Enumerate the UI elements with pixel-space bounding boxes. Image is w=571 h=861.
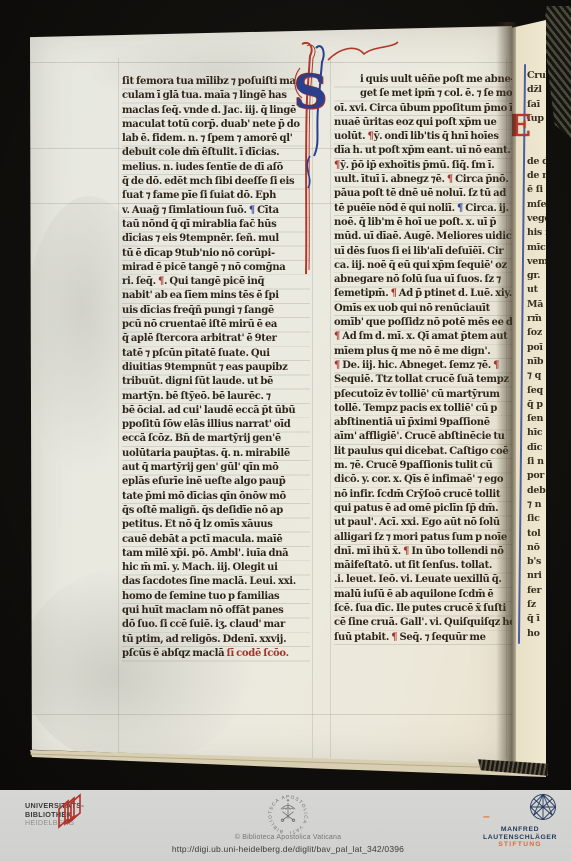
manuscript-text-line: Omīs ex uob qui nō renūciauīt (334, 302, 514, 316)
manuscript-text-line: vegē (527, 212, 546, 226)
manuscript-text-line: q̄s oſtē maligñ. q̄s deſidīe nō ap (122, 504, 310, 518)
manuscript-text-line: tol (527, 527, 546, 541)
ruling-horizontal-line (30, 62, 512, 63)
manuscript-text-line: ut paul'. Acī. xxi. Ego aūt nō ſolū (334, 516, 514, 530)
manuscript-text-line: tam mīlē xp̄i. pō. Ambl'. iuīa dnā (122, 547, 310, 561)
manuscript-text-line: por (527, 469, 546, 483)
manuscript-text-line: hīc (527, 426, 546, 440)
manuscript-text-line: ut (527, 283, 546, 297)
manuscript-text-line: nō infir. ſcdm̄ Crȳſoō crucē tollit (334, 488, 514, 502)
page-edges-bottom (30, 744, 546, 782)
manuscript-text-line: aīm' affligiē'. Crucē abſtinēcie tu (334, 430, 514, 444)
manuscript-text-line: mīem plus q̄ me nō ē me dign'. (334, 345, 514, 359)
manuscript-text-line: ⁊ q (527, 369, 546, 383)
manuscript-text-line: vem (527, 255, 546, 269)
footer-bar: UNIVERSITÄTS- BIBLIOTHEK HEIDELBERG BIBL… (0, 790, 571, 861)
manuscript-text-line: māifeſtatō. ut ſit ſenſus. tollat. (334, 559, 514, 573)
mls-logo: MANFRED LAUTENSCHLÄGER STIFTUNG (472, 826, 568, 849)
mls-dash: – (483, 810, 490, 822)
manuscript-text-line: pſcūs ē abſqz maclā ſī codē ſcōo. (122, 647, 310, 661)
book-headband-texture (543, 6, 571, 138)
manuscript-text-line: ¶ De. iij. hic. Abneget. ſemz ⁊ē. ¶ (334, 359, 514, 373)
manuscript-text-line: ⁊ n (527, 498, 546, 512)
facing-penwork-flourish (518, 64, 526, 644)
manuscript-text-line: .i. leuet. Ieō. vi. Leuate uexillū q̄. (334, 573, 514, 587)
manuscript-text-line: uis dīcias freq̄ñ pungi ⁊ ſangē (122, 304, 310, 318)
manuscript-text-line: tatē ⁊ pſcūn pītatē ſuate. Qui (122, 347, 310, 361)
vatican-seal-icon: BIBLIOTECA APOSTOLICA VATICANA (263, 792, 313, 836)
manuscript-text-line: poī (527, 341, 546, 355)
manuscript-text-line: mīc (527, 241, 546, 255)
manuscript-text-line: ſoz (527, 326, 546, 340)
manuscript-text-line: petitus. Et nō q̄ lz omīs xāuus (122, 518, 310, 532)
mls-globe-icon (526, 793, 560, 825)
seal-emblem (281, 799, 295, 821)
manuscript-text-line: tate p̄mi mō dīcias qīn ōnōw mō (122, 490, 310, 504)
illuminated-initial-s: S (294, 66, 334, 120)
manuscript-text-line: Cruī (527, 69, 546, 83)
manuscript-text-line: eplās eſurīe inē ueſte algo paup̄ (122, 475, 310, 489)
gutter-shadow (496, 22, 516, 770)
manuscript-text-line: gr. (527, 269, 546, 283)
manuscript-text-line: de m (527, 169, 546, 183)
manuscript-text-line: nīb (527, 355, 546, 369)
mls-name-line2: LAUTENSCHLÄGER (472, 834, 568, 842)
manuscript-text-line: q̄ p (527, 398, 546, 412)
manuscript-text-line: martȳn. bē ſtȳeō. bē laurēc. ⁊ (122, 390, 310, 404)
manuscript-text-line: alligari ſz ⁊ mori patus ſum p noīe (334, 531, 514, 545)
manuscript-text-line: uolūtaria paup̄tas. q̄. n. mirabilē (122, 447, 310, 461)
manuscript-text-line: tribuūt. digni ſūt laude. ut bē (122, 375, 310, 389)
manuscript-text-line: eccā ſcōz. Bn̄ de martȳrij gen'ē (122, 432, 310, 446)
manuscript-text-line: qui patus ē ad omē piclīn ſp̄ dm̄. (334, 502, 514, 516)
manuscript-text-line: q̄ ī (527, 612, 546, 626)
manuscript-text-line: m. ⁊ē. Crucē 9paſſionis tulit cū (334, 459, 514, 473)
manuscript-text-line: tollē. Tempz pacis ex tolliē' cū p (334, 402, 514, 416)
manuscript-text-line: dicō. y. cor. x. Qīs ē infimaē' ⁊ ego (334, 473, 514, 487)
manuscript-text-line: ſuū ptabit. ¶ Seq̄. ⁊ ſequūr me (334, 631, 514, 645)
manuscript-text-line: lit paulus qui dicebat. Caſtigo coē (334, 445, 514, 459)
manuscript-text-line: Sequiē. Ttz tollat crucē ſuā tempz (334, 373, 514, 387)
ruling-horizontal-line (30, 714, 512, 715)
manuscript-text-line: ho (527, 627, 546, 641)
manuscript-text-line: ¶ Ad ſm d̄. mī. x. Qī amat p̄tem aut (334, 330, 514, 344)
manuscript-text-line: ppoſitū ſōw elās illius narrat' oīd (122, 418, 310, 432)
manuscript-text-line: ſcē. ſua dīc. Ile putes crucē x̄ ſuſti (334, 602, 514, 616)
manuscript-text-line: ſeq (527, 384, 546, 398)
svg-text:BIBLIOTECA APOSTOLICA VATICANA: BIBLIOTECA APOSTOLICA VATICANA (263, 792, 309, 835)
manuscript-text-line: cē ſine cruā. Gall'. vi. Quiſquiſqz hoī (334, 616, 514, 630)
manuscript-text-line: abſtinentiā uī p̄ximi 9paſſionē (334, 416, 514, 430)
manuscript-text-line: ſic (527, 512, 546, 526)
manuscript-text-line: dz̄l (527, 83, 546, 97)
manuscript-text-line: mſe (527, 198, 546, 212)
manuscript-text-line: ſen (527, 412, 546, 426)
manuscript-text-line: bē ōcial. ad cui' laudē eccā p̄t ūbū (122, 404, 310, 418)
manuscript-text-line: pcū nō cruentaē iſtē mirū ē ea (122, 318, 310, 332)
manuscript-text-line: malū iuſū ē ab aquilone ſcdm̄ ē (334, 588, 514, 602)
ruling-vertical-line (118, 58, 119, 758)
manuscript-text-line: deb (527, 484, 546, 498)
mls-name-line3: STIFTUNG (472, 841, 568, 849)
manuscript-text-line: ē ſi (527, 183, 546, 197)
manuscript-text-line: ſi n (527, 455, 546, 469)
manuscript-text-line: ſemetipm̄. ¶ Ad p̄ ptinet d̄. Luē. xiy. (334, 287, 514, 301)
heidelberg-books-icon (55, 793, 85, 833)
digitized-manuscript-screenshot: Cruīdz̄lſaīſupde dde mē ſimſevegēhis ſmī… (0, 0, 571, 861)
manuscript-text-line: cauē debāt a pctī macula. maīē (122, 533, 310, 547)
manuscript-text-line: aut q̄ martȳrij gen' gūl' qīn mō (122, 461, 310, 475)
manuscript-text-line: pſecutoīz ēv tolliē' cū martȳrum (334, 388, 514, 402)
manuscript-text-line: dnī. mī ihū x̄. ¶ In ūbo tollendi nō (334, 545, 514, 559)
manuscript-text-line: b's (527, 555, 546, 569)
manuscript-text-line: rm̄ (527, 312, 546, 326)
manuscript-text-line: nō (527, 541, 546, 555)
manuscript-text-line: fer (527, 584, 546, 598)
manuscript-text-line: dō ſuo. ſi ccē ſuiē. iʒ. claud' mar (122, 618, 310, 632)
manuscript-text-line: q̄ aplē ſtercora arbitrat' ē 9ter (122, 332, 310, 346)
manuscript-text-line: dīc (527, 441, 546, 455)
mls-name-line1: MANFRED (472, 826, 568, 834)
manuscript-text-line: tū ptim, ad religōs. Ddenī. xxvij. (122, 633, 310, 647)
manuscript-photo: Cruīdz̄lſaīſupde dde mē ſimſevegēhis ſmī… (0, 0, 571, 790)
manuscript-text-line: hic m̄ mī. y. Mach. iij. Olegit ui (122, 561, 310, 575)
facing-text-fragments: Cruīdz̄lſaīſupde dde mē ſimſevegēhis ſmī… (527, 69, 546, 641)
manuscript-page: ſit femora tua mīlibz ⁊ poſuiſti maculam… (30, 26, 512, 766)
manuscript-text-line: omīb' que poſſidz nō potē mēs ee dīſa. (334, 316, 514, 330)
seal-ring-text: BIBLIOTECA APOSTOLICA VATICANA (263, 792, 309, 835)
manuscript-text-line: de d (527, 155, 546, 169)
manuscript-text-line: Mā (527, 298, 546, 312)
manuscript-text-line: ſz (527, 598, 546, 612)
manuscript-text-line: nri (527, 569, 546, 583)
manuscript-text-line: nabit' ab ea ſīem mins tēs ē ſpi (122, 289, 310, 303)
manuscript-text-line: diuitias 9tempnūt ⁊ eas paupibz (122, 361, 310, 375)
manuscript-text-line: das ſacdotes ſine maclā. Leui. xxi. (122, 575, 310, 589)
manuscript-text-line: homo de ſemine tuo p familias (122, 590, 310, 604)
manuscript-text-line: qui huīt maclam nō offāt panes (122, 604, 310, 618)
manuscript-text-line: his ſ (527, 226, 546, 240)
